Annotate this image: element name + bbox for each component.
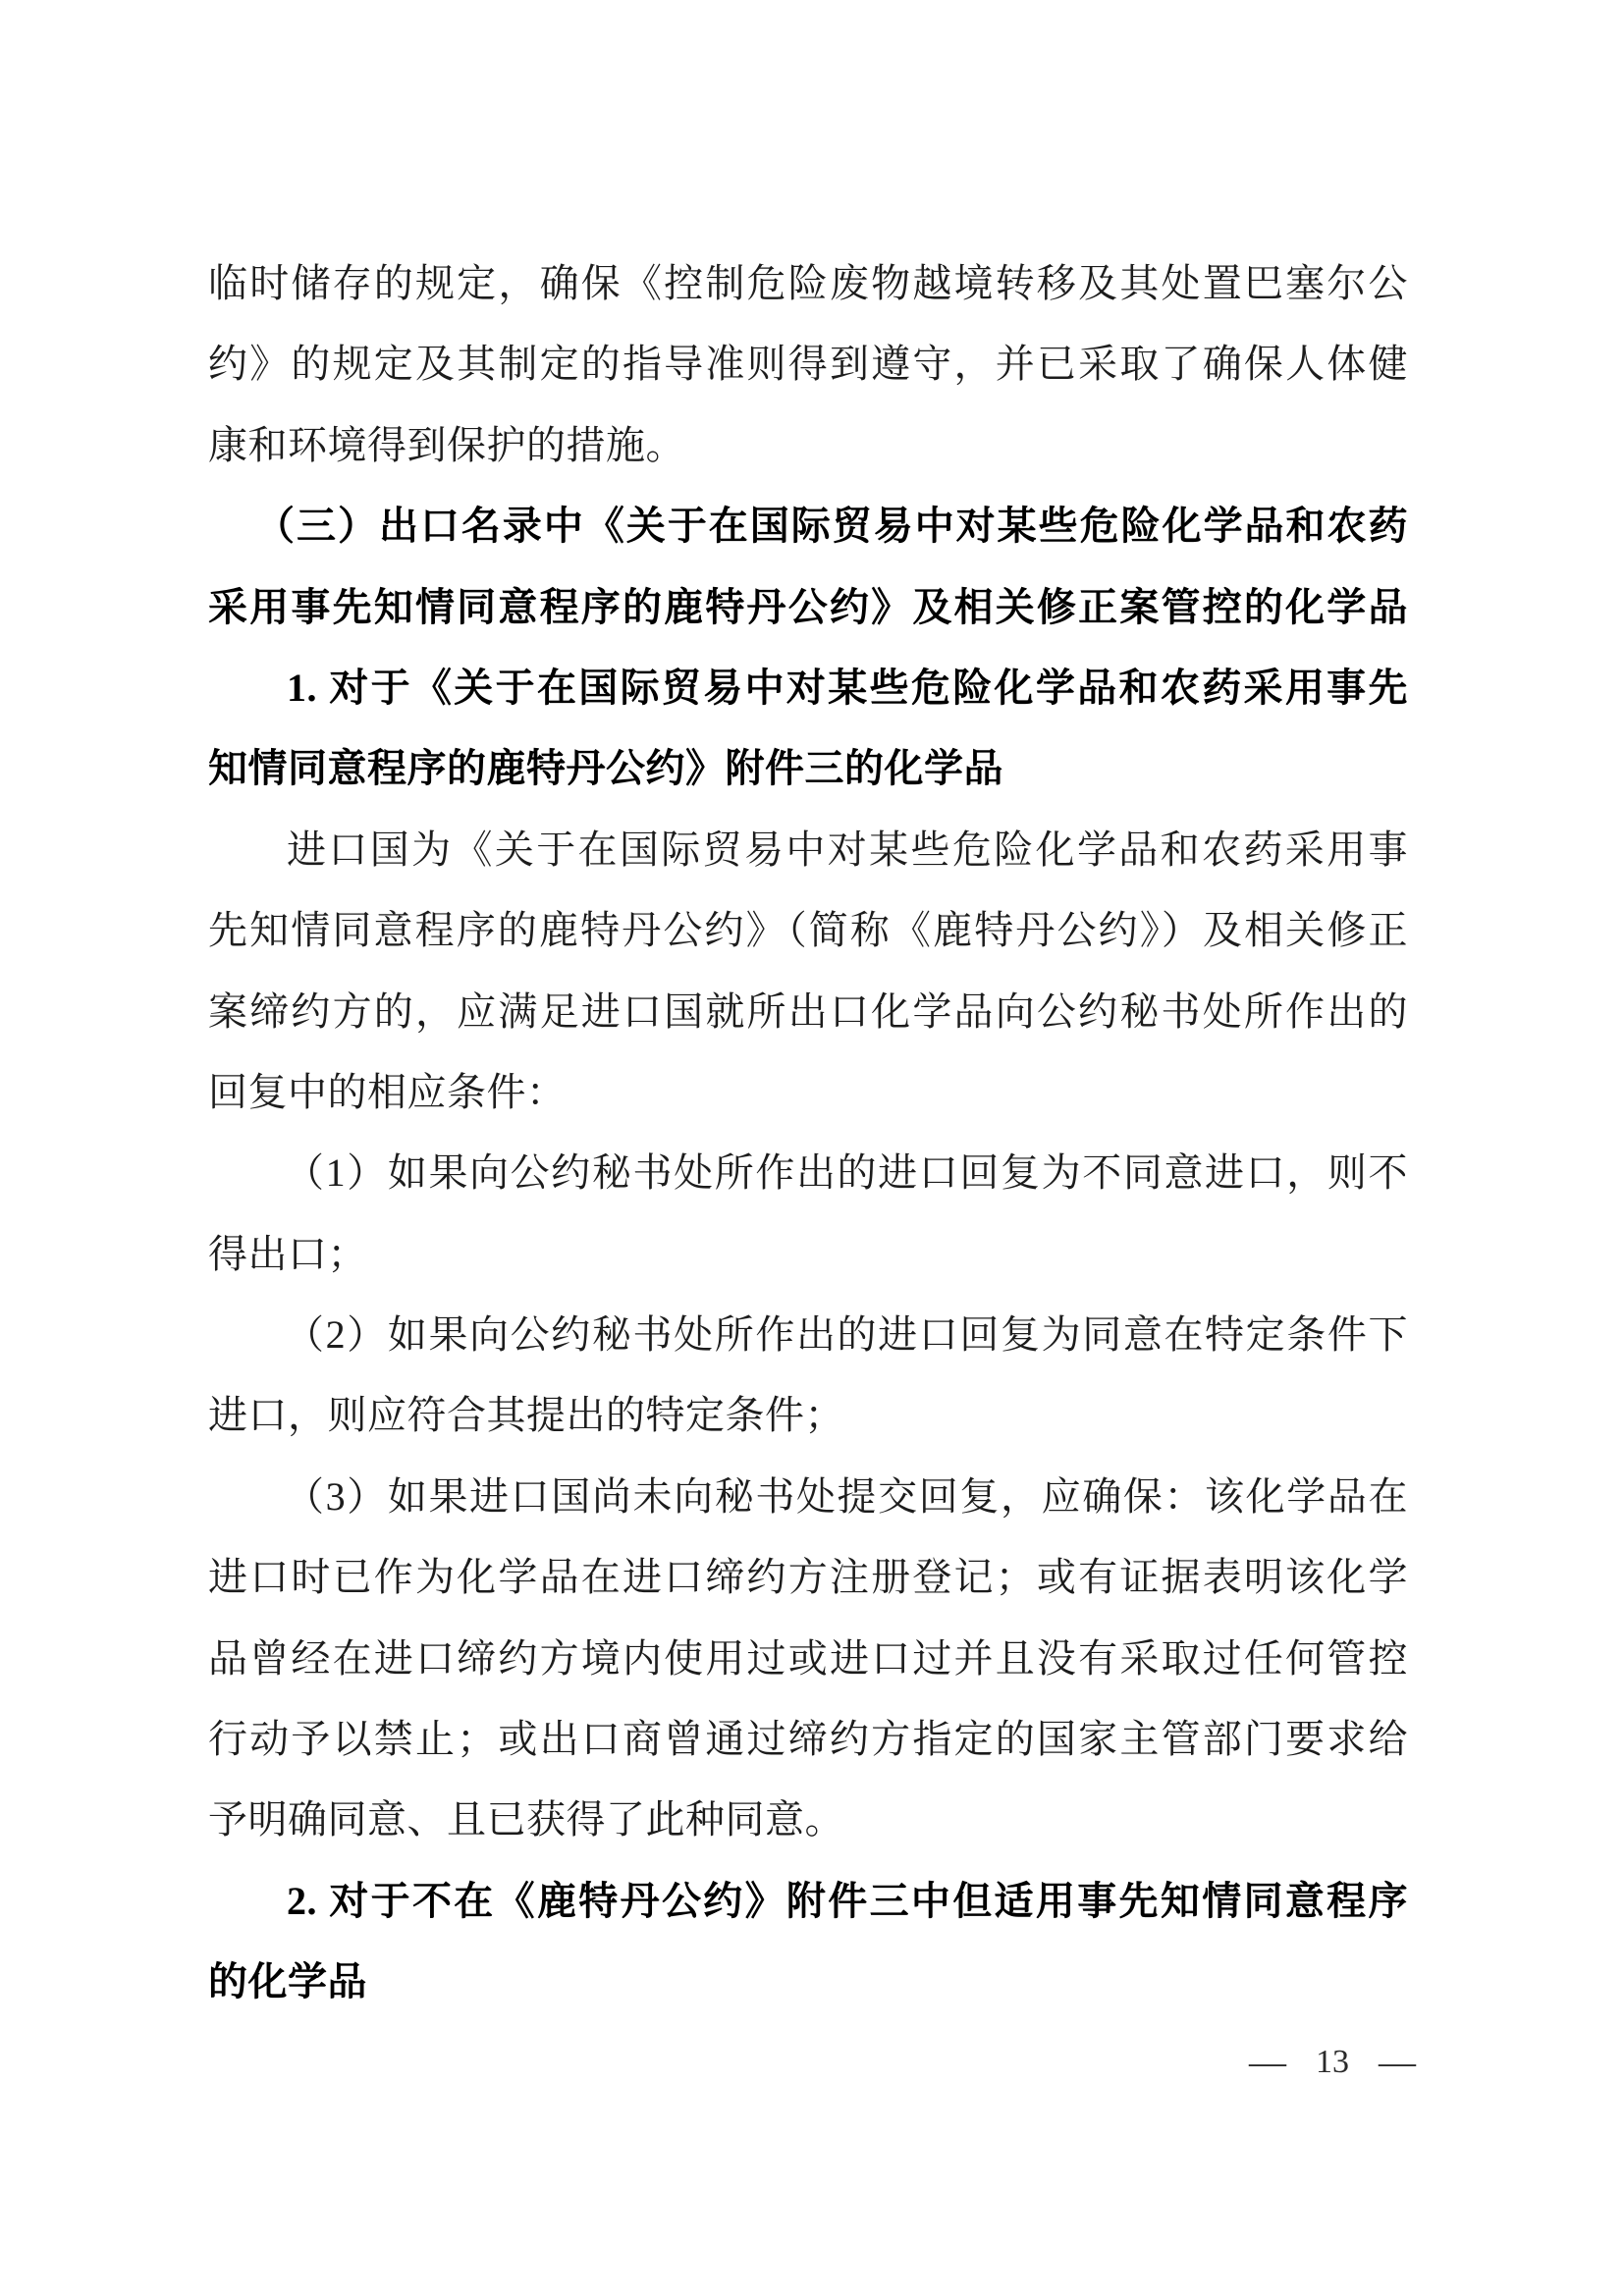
heading-line: 的化学品 [208, 1942, 1408, 2022]
text-line: （2）如果向公约秘书处所作出的进口回复为同意在特定条件下 [208, 1295, 1408, 1375]
text-line: 得出口； [208, 1214, 1408, 1295]
heading-line: 2. 对于不在《鹿特丹公约》附件三中但适用事先知情同意程序 [208, 1861, 1408, 1942]
text-line: 先知情同意程序的鹿特丹公约》（简称《鹿特丹公约》）及相关修正 [208, 890, 1408, 971]
text-line: 康和环境得到保护的措施。 [208, 405, 1408, 486]
page-footer: — 13 — [1249, 2044, 1416, 2081]
text-line: 临时储存的规定，确保《控制危险废物越境转移及其处置巴塞尔公 [208, 243, 1408, 324]
text-line: 品曾经在进口缔约方境内使用过或进口过并且没有采取过任何管控 [208, 1619, 1408, 1699]
text-line: 约》的规定及其制定的指导准则得到遵守，并已采取了确保人体健 [208, 324, 1408, 404]
footer-dash-right: — [1379, 2044, 1416, 2081]
text-line: 予明确同意、且已获得了此种同意。 [208, 1780, 1408, 1860]
heading-line: 采用事先知情同意程序的鹿特丹公约》及相关修正案管控的化学品 [208, 567, 1408, 648]
text-line: （1）如果向公约秘书处所作出的进口回复为不同意进口，则不 [208, 1133, 1408, 1213]
page-number: 13 [1316, 2046, 1349, 2079]
text-line: 进口时已作为化学品在进口缔约方注册登记；或有证据表明该化学 [208, 1537, 1408, 1618]
text-line: 行动予以禁止；或出口商曾通过缔约方指定的国家主管部门要求给 [208, 1699, 1408, 1780]
document-page: 临时储存的规定，确保《控制危险废物越境转移及其处置巴塞尔公约》的规定及其制定的指… [0, 0, 1624, 2296]
heading-line: （三）出口名录中《关于在国际贸易中对某些危险化学品和农药 [208, 486, 1408, 566]
text-line: 案缔约方的，应满足进口国就所出口化学品向公约秘书处所作出的 [208, 972, 1408, 1052]
document-text: 临时储存的规定，确保《控制危险废物越境转移及其处置巴塞尔公约》的规定及其制定的指… [208, 243, 1408, 2023]
heading-line: 1. 对于《关于在国际贸易中对某些危险化学品和农药采用事先 [208, 648, 1408, 728]
text-line: 进口国为《关于在国际贸易中对某些危险化学品和农药采用事 [208, 810, 1408, 890]
text-line: 回复中的相应条件： [208, 1052, 1408, 1133]
heading-line: 知情同意程序的鹿特丹公约》附件三的化学品 [208, 728, 1408, 809]
text-line: 进口，则应符合其提出的特定条件； [208, 1375, 1408, 1456]
footer-dash-left: — [1249, 2044, 1286, 2081]
text-line: （3）如果进口国尚未向秘书处提交回复，应确保：该化学品在 [208, 1457, 1408, 1537]
